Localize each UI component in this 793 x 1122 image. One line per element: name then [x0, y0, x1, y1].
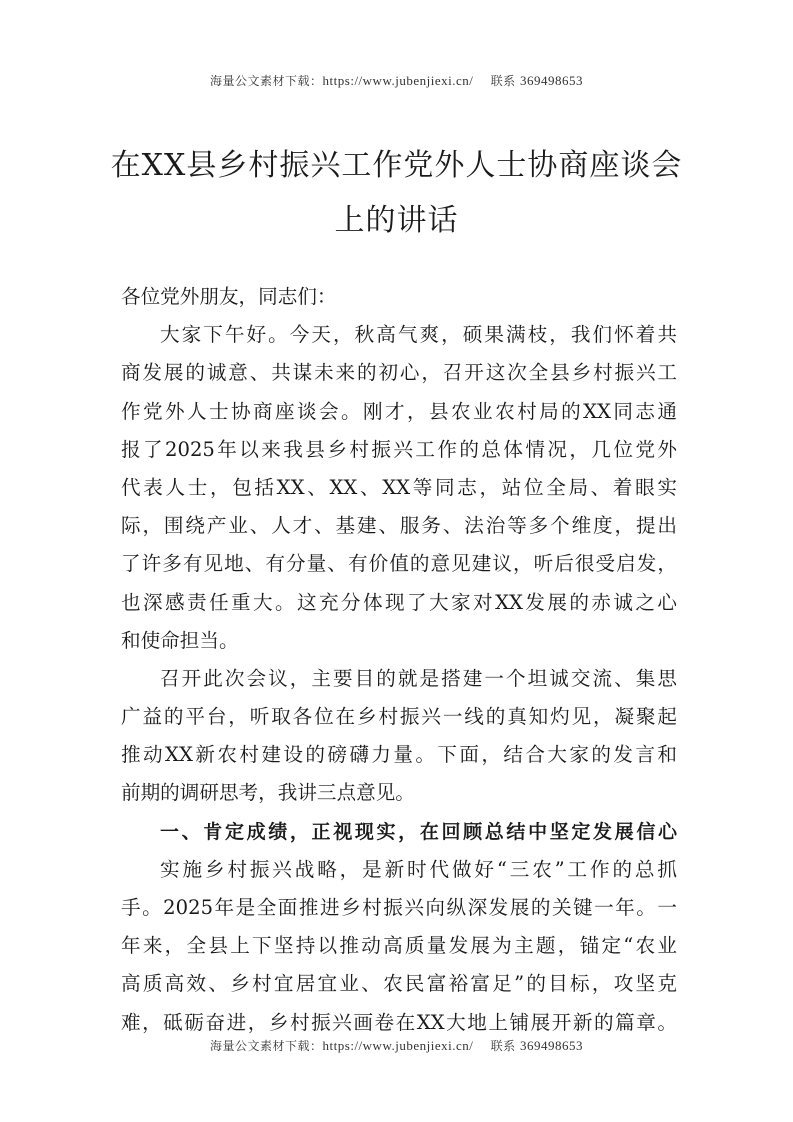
paragraph-1-line: 代表人士，包括XX、XX、XX等同志，站位全局、着眼实 — [121, 469, 677, 507]
footer-url-link[interactable]: https://www.jubenjiexi.cn/ — [323, 1038, 474, 1053]
paragraph-1-line: 际，围绕产业、人才、基建、服务、法治等多个维度，提出 — [121, 507, 677, 545]
paragraph-2-line: 召开此次会议，主要目的就是搭建一个坦诚交流、集思 — [121, 660, 677, 698]
page-footer: 海量公文素材下载：https://www.jubenjiexi.cn/ 联系 3… — [0, 1037, 793, 1054]
paragraph-1-line: 作党外人士协商座谈会。刚才，县农业农村局的XX同志通 — [121, 393, 677, 431]
document-title-line-2: 上的讲话 — [0, 195, 793, 239]
document-body: 各位党外朋友，同志们： 大家下午好。今天，秋高气爽，硕果满枝，我们怀着共 商发展… — [121, 278, 677, 1042]
header-url-link[interactable]: https://www.jubenjiexi.cn/ — [323, 73, 474, 88]
paragraph-1-line: 和使命担当。 — [121, 622, 677, 660]
paragraph-3-line: 实施乡村振兴战略，是新时代做好“三农”工作的总抓 — [121, 851, 677, 889]
document-title-line-1: 在XX县乡村振兴工作党外人士协商座谈会 — [0, 140, 793, 184]
paragraph-3-line: 手。2025年是全面推进乡村振兴向纵深发展的关键一年。一 — [121, 889, 677, 927]
paragraph-1-line: 报了2025年以来我县乡村振兴工作的总体情况，几位党外 — [121, 431, 677, 469]
footer-label: 海量公文素材下载： — [210, 1039, 323, 1053]
paragraph-2-line: 前期的调研思考，我讲三点意见。 — [121, 774, 677, 812]
paragraph-3-line: 年来，全县上下坚持以推动高质量发展为主题，锚定“农业 — [121, 927, 677, 965]
header-contact-number: 369498653 — [520, 73, 583, 88]
paragraph-1-line: 商发展的诚意、共谋未来的初心，召开这次全县乡村振兴工 — [121, 354, 677, 392]
salutation: 各位党外朋友，同志们： — [121, 278, 677, 316]
paragraph-1-line: 大家下午好。今天，秋高气爽，硕果满枝，我们怀着共 — [121, 316, 677, 354]
footer-contact-number: 369498653 — [520, 1038, 583, 1053]
paragraph-1-line: 了许多有见地、有分量、有价值的意见建议，听后很受启发， — [121, 545, 677, 583]
paragraph-2-line: 推动XX新农村建设的磅礴力量。下面，结合大家的发言和 — [121, 736, 677, 774]
paragraph-3-line: 高质高效、乡村宜居宜业、农民富裕富足”的目标，攻坚克 — [121, 965, 677, 1003]
header-label: 海量公文素材下载： — [210, 74, 323, 88]
header-contact-label: 联系 — [491, 74, 516, 88]
paragraph-1-line: 也深感责任重大。这充分体现了大家对XX发展的赤诚之心 — [121, 584, 677, 622]
page-header: 海量公文素材下载：https://www.jubenjiexi.cn/ 联系 3… — [0, 72, 793, 89]
footer-contact-label: 联系 — [491, 1039, 516, 1053]
paragraph-2-line: 广益的平台，听取各位在乡村振兴一线的真知灼见，凝聚起 — [121, 698, 677, 736]
section-heading-1: 一、肯定成绩，正视现实，在回顾总结中坚定发展信心 — [121, 813, 677, 851]
